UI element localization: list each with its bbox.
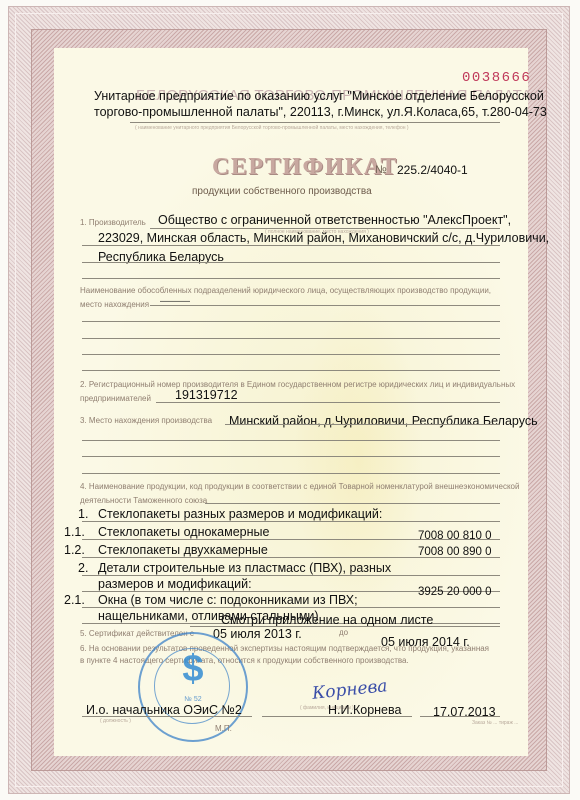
product-item-text: Стеклопакеты разных размеров и модификац…	[98, 506, 382, 522]
certificate-number: 225.2/4040-1	[397, 162, 468, 178]
position-caption: ( должность )	[100, 718, 131, 724]
producer-underline-2	[82, 245, 500, 246]
product-item-number: 1.1.	[64, 524, 85, 540]
production-location-underline-1	[225, 424, 500, 425]
registration-underline	[156, 402, 500, 403]
subdivisions-underline-3	[82, 338, 500, 339]
products-underline-0	[205, 503, 500, 504]
product-item-text: Стеклопакеты двухкамерные	[98, 542, 268, 558]
product-item-code: 7008 00 890 0	[418, 544, 492, 560]
valid-from-date: 05 июля 2013 г.	[213, 626, 302, 642]
signature-date: 17.07.2013	[433, 704, 496, 720]
production-location-label: 3. Место нахождения производства	[80, 416, 212, 425]
seal-label: М.П.	[215, 724, 232, 733]
issuer-caption: ( наименование унитарного предприятия Бе…	[135, 125, 409, 131]
producer-underline-4	[82, 278, 500, 279]
issuer-line-1: Унитарное предприятие по оказанию услуг …	[94, 88, 544, 104]
date-underline	[420, 716, 500, 717]
registration-label-1: 2. Регистрационный номер производителя в…	[80, 380, 515, 389]
producer-line-1: Общество с ограниченной ответственностью…	[158, 212, 511, 228]
product-item-text: Детали строительные из пластмасс (ПВХ), …	[98, 560, 391, 576]
subdivisions-label-1: Наименование обособленных подразделений …	[80, 286, 491, 295]
certificate-subtitle: продукции собственного производства	[192, 186, 372, 197]
production-location-value: Минский район, д.Чуриловичи, Республика …	[229, 413, 538, 429]
subdivisions-underline-2	[82, 321, 500, 322]
product-item-text: размеров и модификаций:	[98, 576, 252, 592]
production-location-underline-4	[82, 473, 500, 474]
subdivisions-label-2: место нахождения	[80, 300, 149, 309]
registration-number: 191319712	[175, 387, 238, 403]
producer-line-2: 223029, Минская область, Минский район, …	[98, 230, 549, 246]
products-label-1: 4. Наименование продукции, код продукции…	[80, 482, 519, 491]
product-item-number: 2.1.	[64, 592, 85, 608]
certificate-number-label: №	[375, 164, 387, 176]
subdivisions-underline-5	[82, 370, 500, 371]
product-item-number: 1.2.	[64, 542, 85, 558]
issuer-underline	[130, 122, 500, 123]
product-item-text: Окна (в том числе с: подоконниками из ПВ…	[98, 592, 358, 608]
position-underline	[82, 716, 252, 717]
caduceus-icon: $	[140, 648, 246, 691]
registration-label-2: предпринимателей	[80, 394, 151, 403]
product-item-number: 1.	[78, 506, 88, 522]
production-location-underline-3	[82, 456, 500, 457]
products-label-2: деятельности Таможенного союза	[80, 496, 207, 505]
subdivisions-underline-4	[82, 354, 500, 355]
product-item-text: Стеклопакеты однокамерные	[98, 524, 269, 540]
producer-underline-3	[82, 262, 500, 263]
certificate-title: СЕРТИФИКАТ	[212, 154, 398, 181]
product-item-underline	[82, 521, 500, 522]
validity-to-label: до	[339, 628, 348, 637]
signatory-name: Н.И.Корнева	[328, 702, 401, 718]
producer-label: 1. Производитель	[80, 218, 146, 227]
product-item-number: 2.	[78, 560, 88, 576]
production-location-underline-2	[82, 440, 500, 441]
product-item-code: 7008 00 810 0	[418, 528, 492, 544]
subdivisions-underline-1	[150, 305, 500, 306]
serial-number: 0038666	[462, 70, 531, 86]
issuer-line-2: торгово-промышленной палаты", 220113, г.…	[94, 104, 547, 120]
product-item-code: 3925 20 000 0	[418, 584, 492, 600]
print-note: Заказ № ... тираж ...	[472, 720, 518, 726]
